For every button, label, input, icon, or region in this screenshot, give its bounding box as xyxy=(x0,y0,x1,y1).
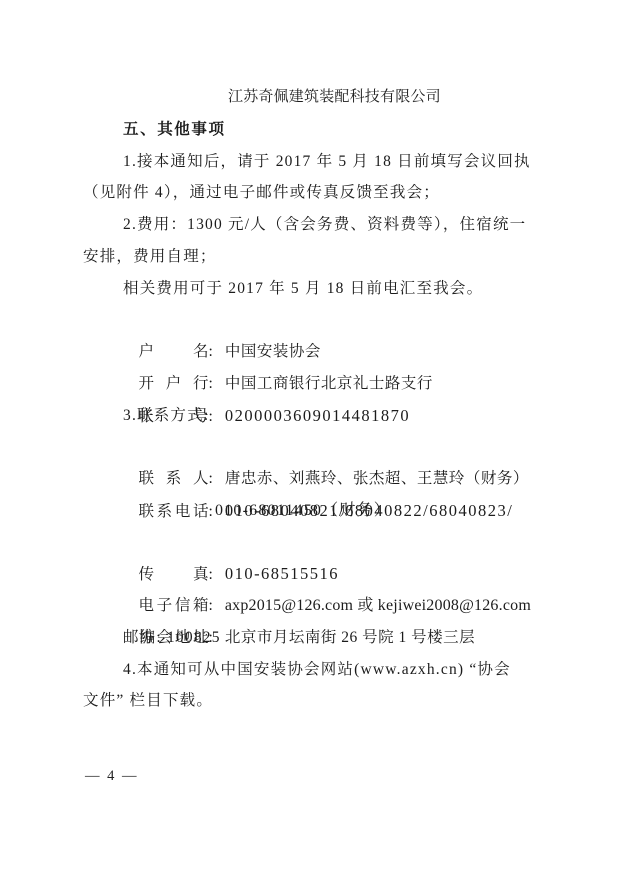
fax-value: 010-68515516 xyxy=(225,564,339,583)
paragraph-2-line-1: 2.费用：1300 元/人（含会务费、资料费等），住宿统一 xyxy=(83,209,541,241)
address-value: 北京市月坛南街 26 号院 1 号楼三层 xyxy=(225,629,475,646)
paragraph-1-line-1: 1.接本通知后，请于 2017 年 5 月 18 日前填写会议回执 xyxy=(83,146,541,178)
document-body: 江苏奇佩建筑装配科技有限公司 五、其他事项 1.接本通知后，请于 2017 年 … xyxy=(83,82,541,717)
paragraph-4-line-1: 4.本通知可从中国安装协会网站(www.azxh.cn) “协会 xyxy=(83,654,541,686)
page-number: — 4 — xyxy=(85,768,139,785)
email-label: 电子信箱 xyxy=(139,590,209,622)
bank-value: 中国工商银行北京礼士路支行 xyxy=(225,375,433,392)
account-name-value: 中国安装协会 xyxy=(225,343,321,360)
colon: : xyxy=(209,368,213,400)
fax-label: 传真 xyxy=(139,559,209,591)
contact-person-value: 唐忠赤、刘燕玲、张杰超、王慧玲（财务） xyxy=(225,470,529,487)
colon: : xyxy=(209,559,213,591)
email-value: axp2015@126.com 或 kejiwei2008@126.com xyxy=(225,597,531,614)
colon: : xyxy=(209,463,213,495)
paragraph-4-line-2: 文件” 栏目下载。 xyxy=(83,685,541,717)
paragraph-remittance: 相关费用可于 2017 年 5 月 18 日前电汇至我会。 xyxy=(83,273,541,305)
account-name-row: 户名:中国安装协会 xyxy=(83,304,541,336)
fax-row: 传真:010-68515516 xyxy=(83,527,541,559)
colon: : xyxy=(209,496,213,528)
colon: : xyxy=(209,336,213,368)
paragraph-1-line-2: （见附件 4），通过电子邮件或传真反馈至我会； xyxy=(83,177,541,209)
paragraph-2-line-2: 安排，费用自理； xyxy=(83,241,541,273)
colon: : xyxy=(209,590,213,622)
bank-label: 开户行 xyxy=(139,368,209,400)
phone-label: 联系电话 xyxy=(139,496,209,528)
account-name-label: 户名 xyxy=(139,336,209,368)
contact-person-row: 联系人:唐忠赤、刘燕玲、张杰超、王慧玲（财务） xyxy=(83,431,541,463)
section-heading: 五、其他事项 xyxy=(83,114,541,146)
contact-person-label: 联系人 xyxy=(139,463,209,495)
account-number-value: 0200003609014481870 xyxy=(225,406,410,425)
company-name: 江苏奇佩建筑装配科技有限公司 xyxy=(83,82,541,114)
